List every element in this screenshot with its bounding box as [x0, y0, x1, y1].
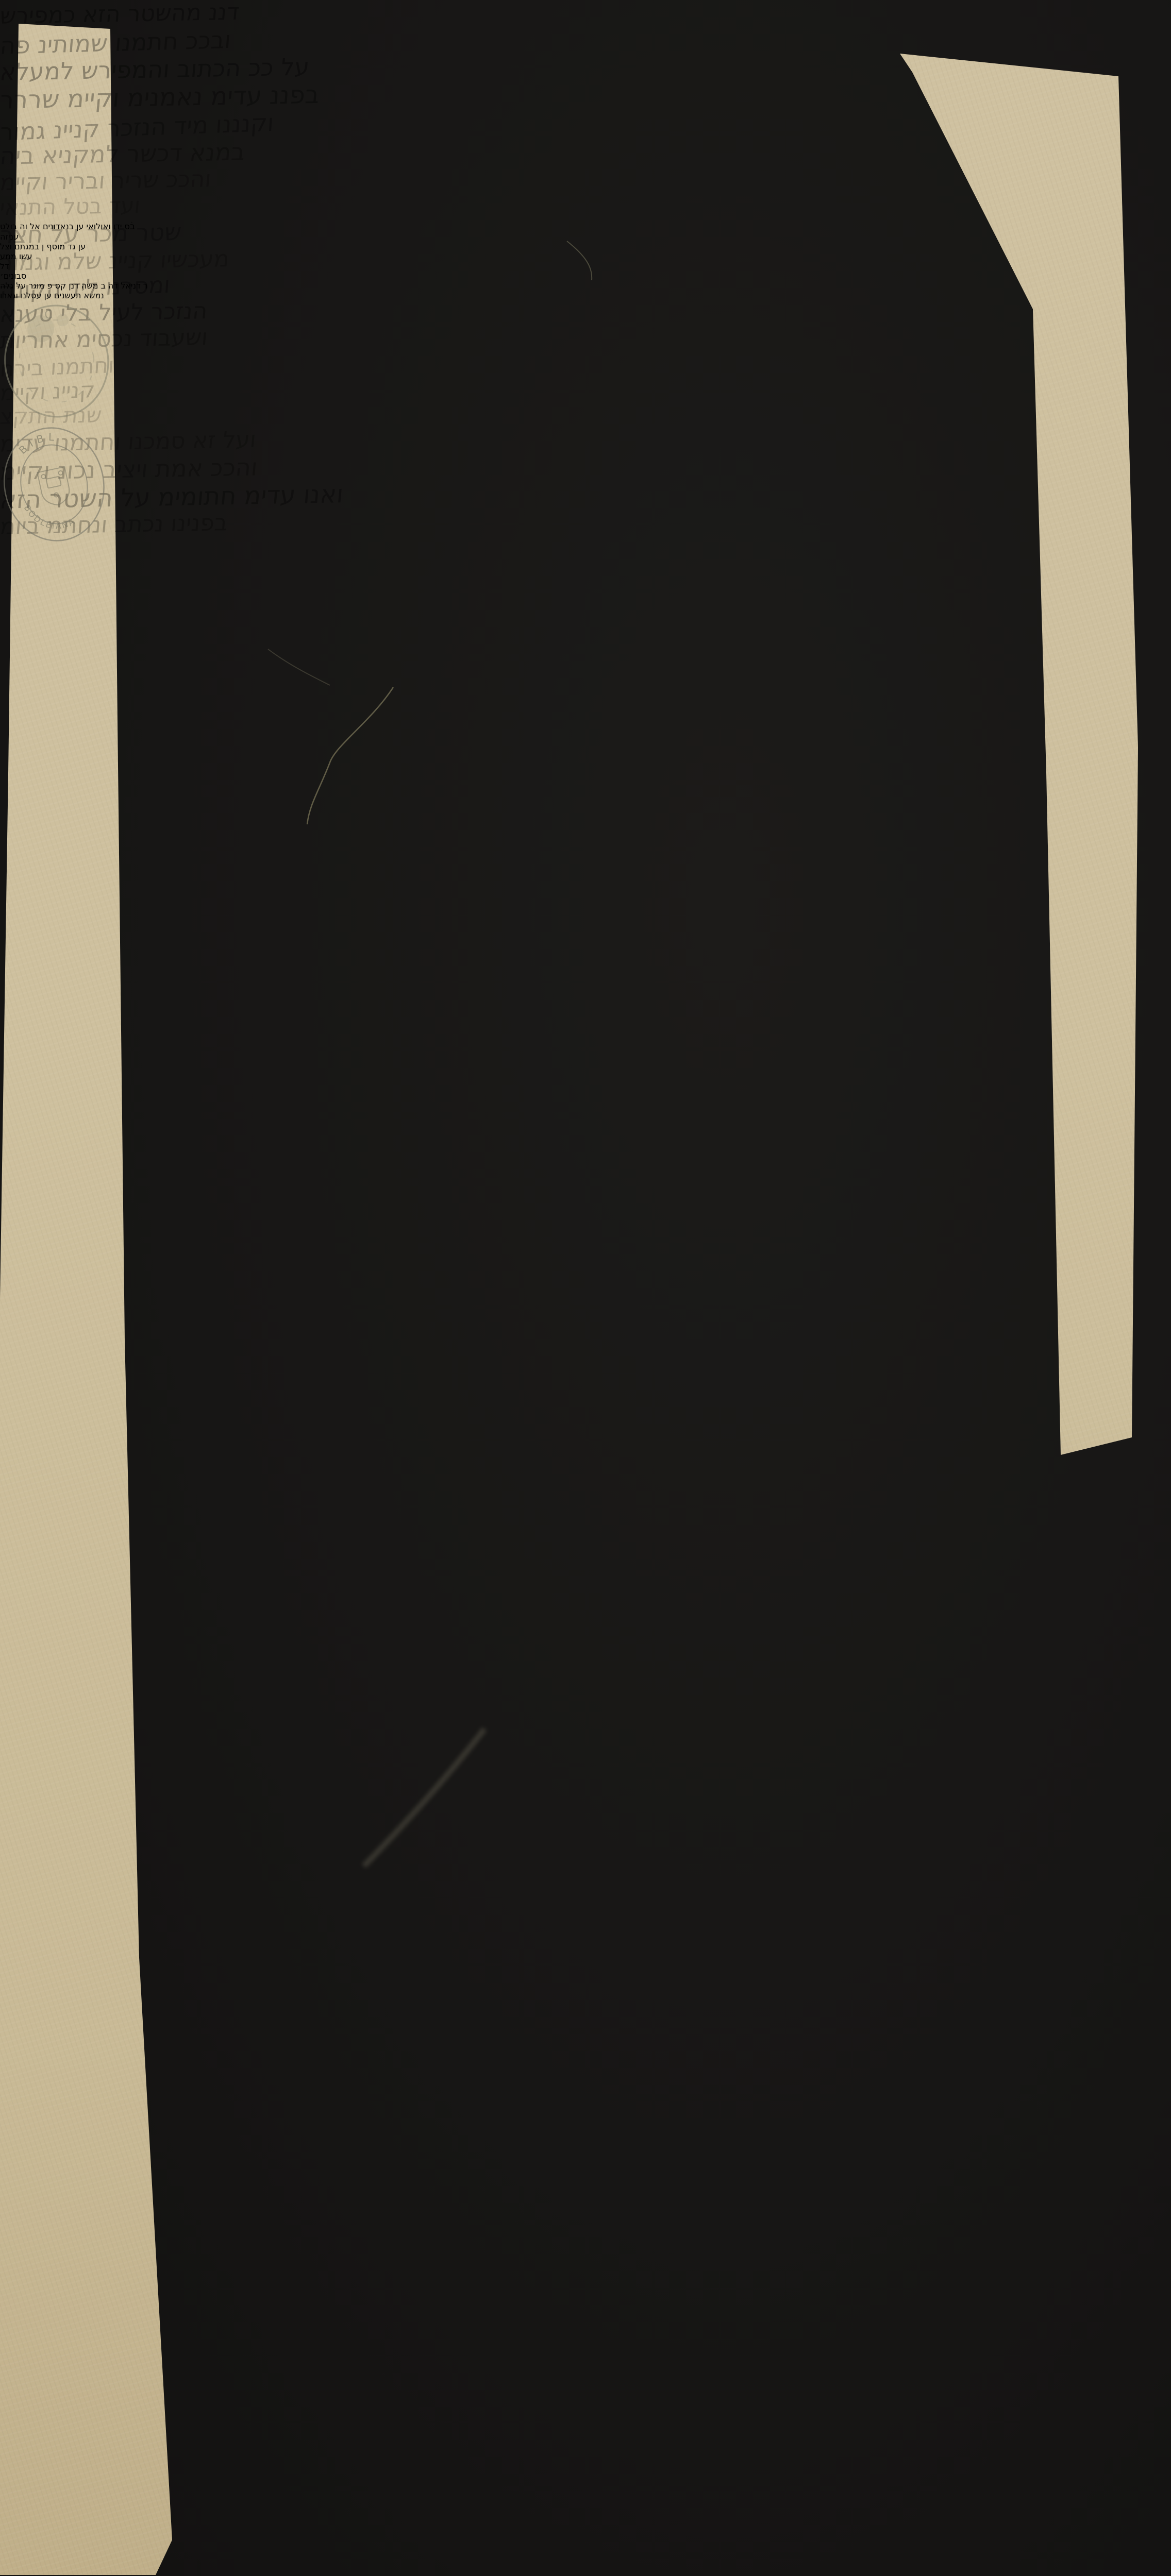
parchment-leaf: דננ מהשטר הזא כמפירשובככ חתמנו שמותינ פה… [0, 0, 972, 650]
manuscript-photo: { "document": { "description_label": "pa… [0, 0, 1171, 2576]
crack-lines [0, 0, 1171, 2576]
